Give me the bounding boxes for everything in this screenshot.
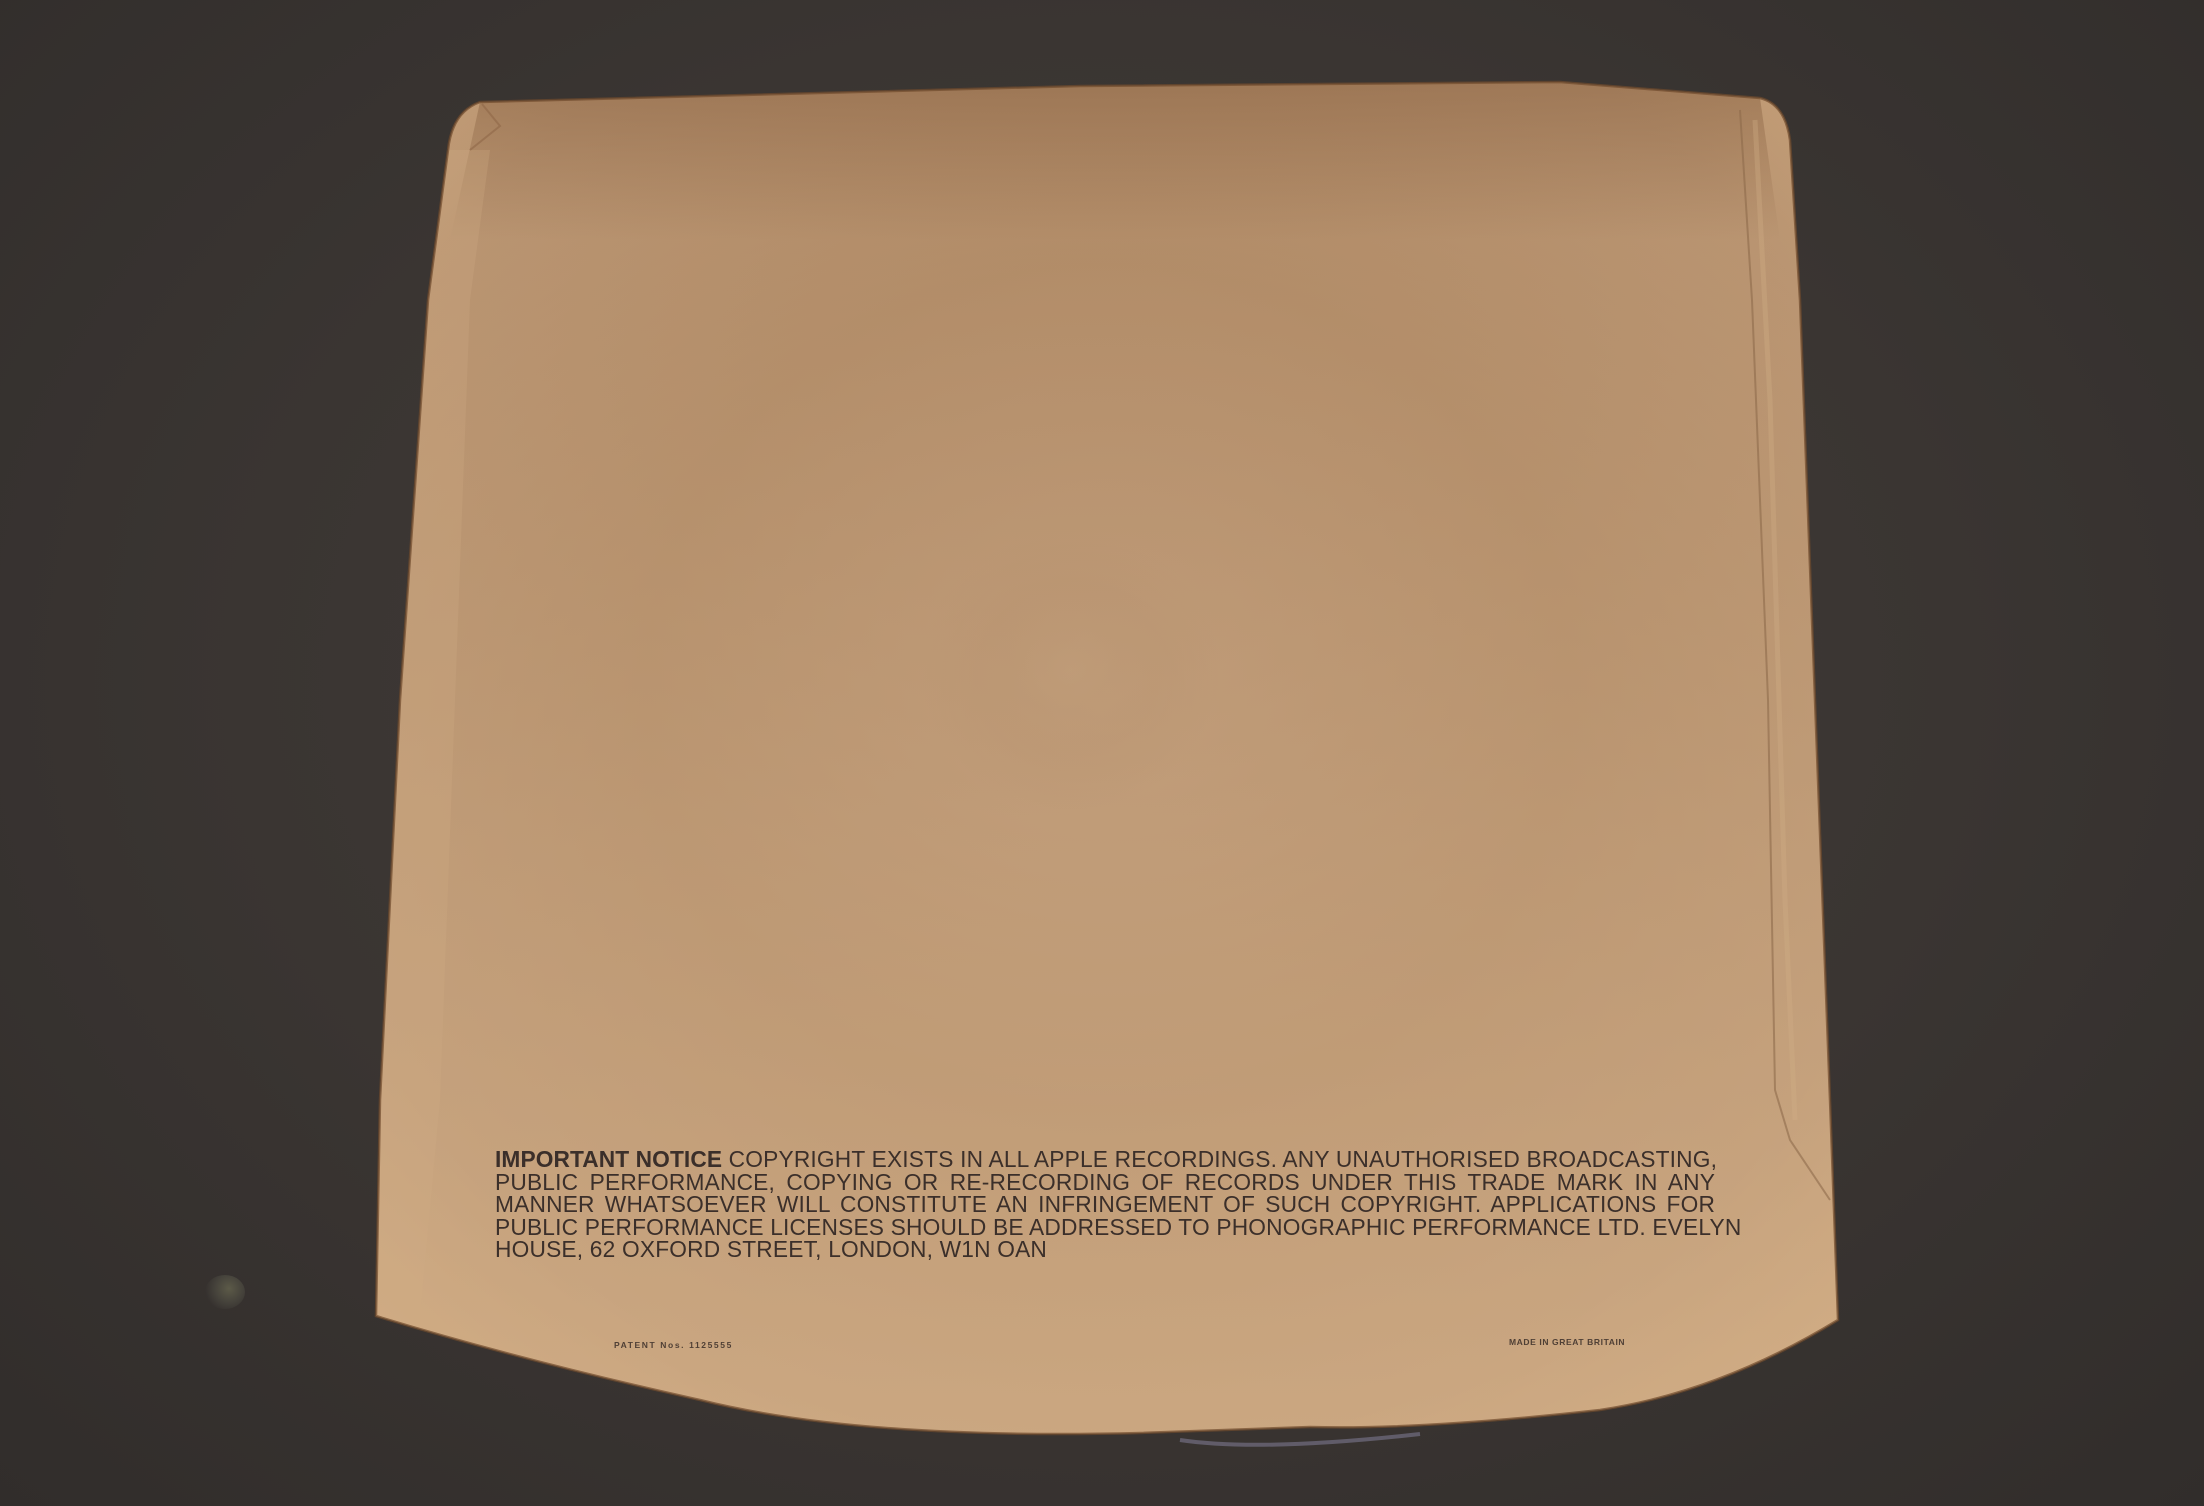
sleeve-paper-shape [0, 0, 2204, 1506]
notice-line-5: HOUSE, 62 OXFORD STREET, LONDON, W1N OAN [495, 1238, 1715, 1261]
patent-number: PATENT Nos. 1125555 [614, 1340, 733, 1350]
made-in-label: MADE IN GREAT BRITAIN [1509, 1337, 1625, 1347]
notice-line-1: IMPORTANT NOTICE COPYRIGHT EXISTS IN ALL… [495, 1148, 1715, 1171]
notice-line-4: PUBLIC PERFORMANCE LICENSES SHOULD BE AD… [495, 1216, 1715, 1239]
copyright-notice: IMPORTANT NOTICE COPYRIGHT EXISTS IN ALL… [495, 1148, 1715, 1261]
notice-line-3: MANNER WHATSOEVER WILL CONSTITUTE AN INF… [495, 1193, 1715, 1216]
inner-sleeve: IMPORTANT NOTICE COPYRIGHT EXISTS IN ALL… [0, 0, 2204, 1506]
notice-line-2: PUBLIC PERFORMANCE, COPYING OR RE-RECORD… [495, 1171, 1715, 1194]
